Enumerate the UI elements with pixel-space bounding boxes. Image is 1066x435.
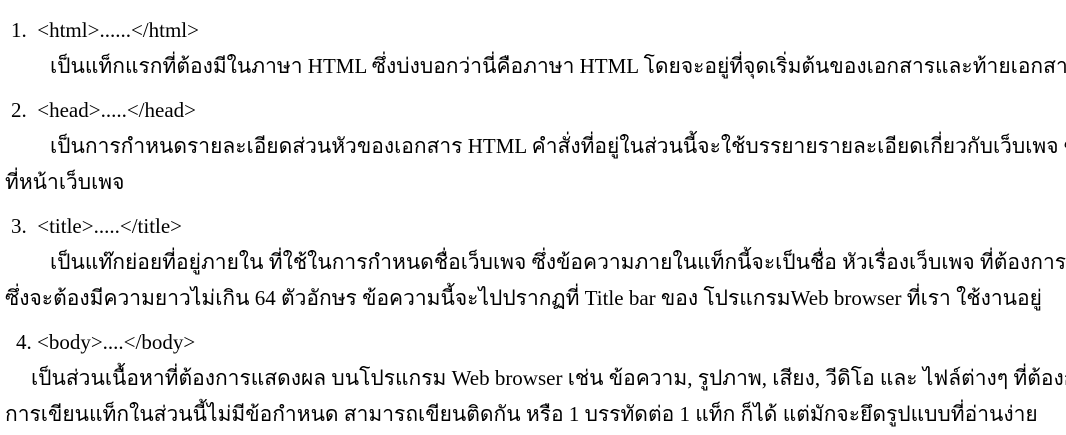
item-html-description-line-1: เป็นแท็กแรกที่ต้องมีในภาษา HTML ซึ่งบ่งบ…	[0, 48, 1066, 84]
document-page: { "page": { "background": "#ffffff", "te…	[0, 0, 1066, 435]
list-item-body: 4. <body>....</body>เป็นส่วนเนื้อหาที่ต้…	[0, 324, 1066, 432]
item-body-description-line-1: เป็นส่วนเนื้อหาที่ต้องการแสดงผล บนโปรแกร…	[0, 360, 1066, 396]
item-head-heading: 2. <head>.....</head>	[0, 92, 1066, 128]
item-title-description-line-1: เป็นแท๊กย่อยที่อยู่ภายใน ที่ใช้ในการกำหน…	[0, 244, 1066, 280]
list-item-title: 3. <title>.....</title>เป็นแท๊กย่อยที่อย…	[0, 208, 1066, 316]
item-body-heading: 4. <body>....</body>	[0, 324, 1066, 360]
item-head-description-line-2: ที่หน้าเว็บเพจ	[0, 164, 1066, 200]
list-item-head: 2. <head>.....</head>เป็นการกำหนดรายละเอ…	[0, 92, 1066, 200]
list-item-html: 1. <html>......</html>เป็นแท็กแรกที่ต้อง…	[0, 12, 1066, 84]
item-body-description-line-2: การเขียนแท็กในส่วนนี้ไม่มีข้อกำหนด สามาร…	[0, 396, 1066, 432]
item-head-description-line-1: เป็นการกำหนดรายละเอียดส่วนหัวของเอกสาร H…	[0, 128, 1066, 164]
item-title-description-line-2: ซึ่งจะต้องมีความยาวไม่เกิน 64 ตัวอักษร ข…	[0, 280, 1066, 316]
html-tags-notes-document: 1. <html>......</html>เป็นแท็กแรกที่ต้อง…	[0, 0, 1066, 432]
item-title-heading: 3. <title>.....</title>	[0, 208, 1066, 244]
item-html-heading: 1. <html>......</html>	[0, 12, 1066, 48]
